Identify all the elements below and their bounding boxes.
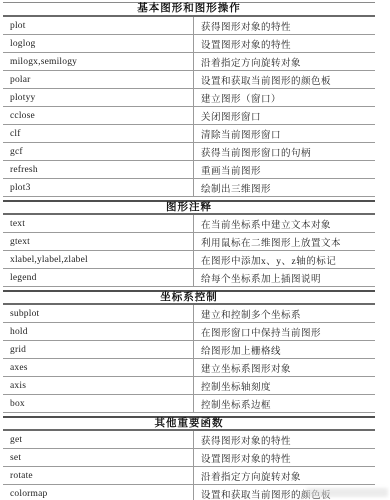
function-name-cell: colormap — [3, 485, 194, 500]
table-row: loglog设置图形对象的特性 — [3, 35, 375, 53]
watermark — [306, 488, 388, 497]
table-row: clf清除当前图形窗口 — [3, 125, 375, 143]
function-description-cell: 建立坐标系图形对象 — [194, 361, 375, 375]
table-row: gcf获得当前图形窗口的句柄 — [3, 143, 375, 161]
section-header: 其他重要函数 — [3, 416, 375, 431]
function-description-cell: 控制坐标系边框 — [194, 397, 375, 411]
function-name-cell: rotate — [3, 467, 194, 484]
function-name-cell: xlabel,ylabel,zlabel — [3, 251, 194, 268]
table-section: 基本图形和图形操作plot获得图形对象的特性loglog设置图形对象的特性mil… — [3, 2, 375, 197]
function-name-cell: milogx,semilogy — [3, 53, 194, 70]
function-description-cell: 沿着指定方向旋转对象 — [194, 55, 375, 69]
function-name-cell: get — [3, 431, 194, 448]
function-description-cell: 利用鼠标在二维图形上放置文本 — [194, 235, 375, 249]
function-description-cell: 获得图形对象的特性 — [194, 19, 375, 33]
function-description-cell: 绘制出三维图形 — [194, 181, 375, 195]
table-row: milogx,semilogy沿着指定方向旋转对象 — [3, 53, 375, 71]
function-name-cell: axes — [3, 359, 194, 376]
function-name-cell: gtext — [3, 233, 194, 250]
table-row: xlabel,ylabel,zlabel在图形中添加x、y、z轴的标记 — [3, 251, 375, 269]
function-name-cell: grid — [3, 341, 194, 358]
table-row: polar设置和获取当前图形的颜色板 — [3, 71, 375, 89]
function-name-cell: box — [3, 395, 194, 412]
function-description-cell: 在图形中添加x、y、z轴的标记 — [194, 253, 375, 267]
table-row: cclose关闭图形窗口 — [3, 107, 375, 125]
function-description-cell: 在当前坐标系中建立文本对象 — [194, 217, 375, 231]
function-description-cell: 建立图形（窗口） — [194, 91, 375, 105]
function-description-cell: 沿着指定方向旋转对象 — [194, 469, 375, 483]
function-name-cell: legend — [3, 269, 194, 286]
table-row: subplot建立和控制多个坐标系 — [3, 305, 375, 323]
table-row: legend给每个坐标系加上插图说明 — [3, 269, 375, 287]
table-row: rotate沿着指定方向旋转对象 — [3, 467, 375, 485]
function-name-cell: plot3 — [3, 179, 194, 196]
function-name-cell: loglog — [3, 35, 194, 52]
table-section: 图形注释text在当前坐标系中建立文本对象gtext利用鼠标在二维图形上放置文本… — [3, 200, 375, 287]
function-description-cell: 给图形加上栅格线 — [194, 343, 375, 357]
table-row: plot3绘制出三维图形 — [3, 179, 375, 197]
section-header: 图形注释 — [3, 200, 375, 215]
function-description-cell: 建立和控制多个坐标系 — [194, 307, 375, 321]
table-row: refresh重画当前图形 — [3, 161, 375, 179]
function-name-cell: polar — [3, 71, 194, 88]
table-row: plotyy建立图形（窗口） — [3, 89, 375, 107]
function-name-cell: set — [3, 449, 194, 466]
table-row: set设置图形对象的特性 — [3, 449, 375, 467]
function-description-cell: 在图形窗口中保持当前图形 — [194, 325, 375, 339]
table-row: box控制坐标系边框 — [3, 395, 375, 413]
table-row: text在当前坐标系中建立文本对象 — [3, 215, 375, 233]
function-name-cell: clf — [3, 125, 194, 142]
function-description-cell: 获得当前图形窗口的句柄 — [194, 145, 375, 159]
table-row: grid给图形加上栅格线 — [3, 341, 375, 359]
table-row: plot获得图形对象的特性 — [3, 17, 375, 35]
function-name-cell: axis — [3, 377, 194, 394]
function-description-cell: 获得图形对象的特性 — [194, 433, 375, 447]
table-row: gtext利用鼠标在二维图形上放置文本 — [3, 233, 375, 251]
function-name-cell: plotyy — [3, 89, 194, 106]
function-description-cell: 控制坐标轴刻度 — [194, 379, 375, 393]
table-row: axes建立坐标系图形对象 — [3, 359, 375, 377]
function-name-cell: text — [3, 215, 194, 232]
table-row: axis控制坐标轴刻度 — [3, 377, 375, 395]
section-header: 基本图形和图形操作 — [3, 2, 375, 17]
function-name-cell: subplot — [3, 305, 194, 322]
table-row: hold在图形窗口中保持当前图形 — [3, 323, 375, 341]
function-name-cell: plot — [3, 17, 194, 34]
function-name-cell: refresh — [3, 161, 194, 178]
section-header: 坐标系控制 — [3, 290, 375, 305]
function-name-cell: hold — [3, 323, 194, 340]
function-description-cell: 设置和获取当前图形的颜色板 — [194, 73, 375, 87]
function-description-cell: 重画当前图形 — [194, 163, 375, 177]
function-name-cell: gcf — [3, 143, 194, 160]
function-description-cell: 设置图形对象的特性 — [194, 451, 375, 465]
function-description-cell: 清除当前图形窗口 — [194, 127, 375, 141]
table-row: get获得图形对象的特性 — [3, 431, 375, 449]
function-description-cell: 关闭图形窗口 — [194, 109, 375, 123]
functions-table: 基本图形和图形操作plot获得图形对象的特性loglog设置图形对象的特性mil… — [3, 2, 375, 500]
function-description-cell: 设置图形对象的特性 — [194, 37, 375, 51]
function-description-cell: 给每个坐标系加上插图说明 — [194, 271, 375, 285]
function-name-cell: cclose — [3, 107, 194, 124]
table-section: 坐标系控制subplot建立和控制多个坐标系hold在图形窗口中保持当前图形gr… — [3, 290, 375, 413]
